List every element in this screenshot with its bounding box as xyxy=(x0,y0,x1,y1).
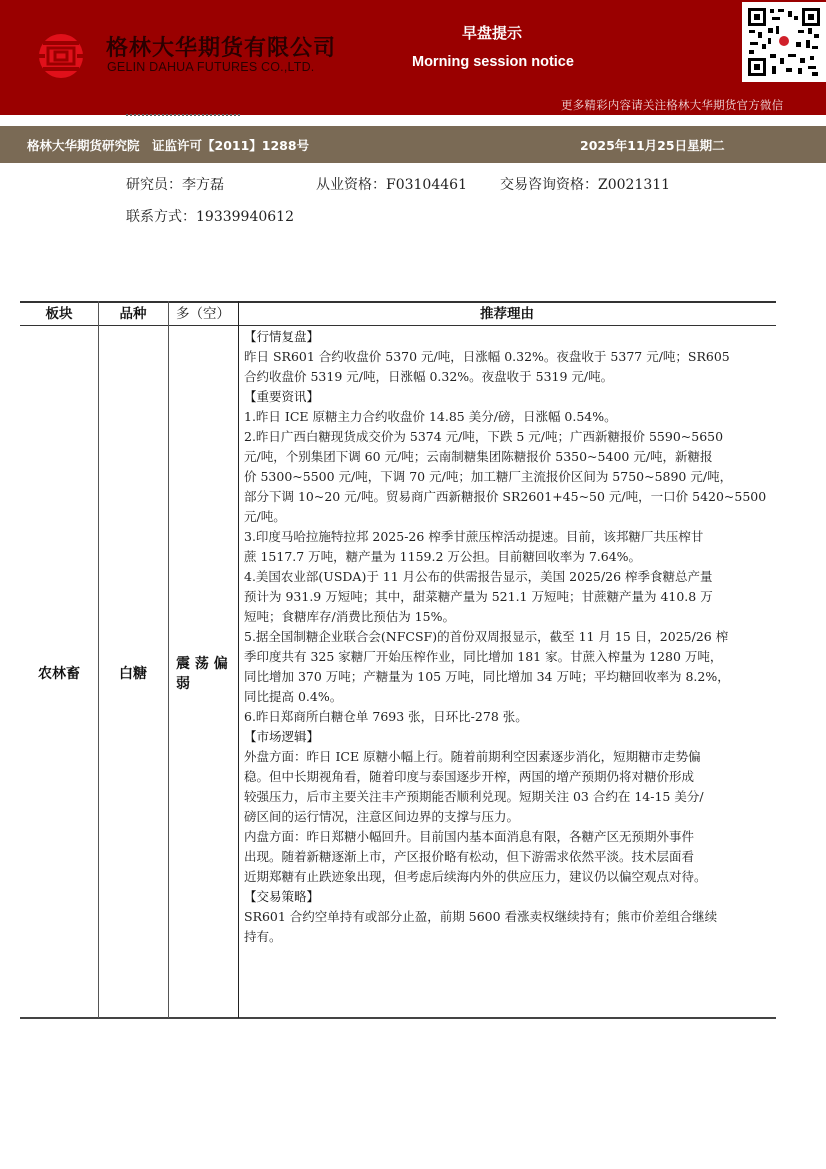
reason-line: 3.印度马哈拉施特拉邦 2025-26 榨季甘蔗压榨活动提速。目前，该邦糖厂共压… xyxy=(244,527,776,547)
reason-line: 同比增加 370 万吨；产糖量为 105 万吨，同比增加 34 万吨；平均糖回收… xyxy=(244,667,776,687)
reason-line: 4.美国农业部(USDA)于 11 月公布的供需报告显示，美国 2025/26 … xyxy=(244,567,776,587)
analyst-info-row: 研究员：李方磊 从业资格：F03104461 交易咨询资格：Z0021311 xyxy=(126,174,786,194)
reason-line: 5.据全国制糖企业联合会(NFCSF)的首份双周报显示，截至 11 月 15 日… xyxy=(244,627,776,647)
reason-line: 外盘方面：昨日 ICE 原糖小幅上行。随着前期利空因素逐步消化，短期糖市走势偏 xyxy=(244,747,776,767)
cell-direction-line2: 弱 xyxy=(176,673,190,693)
reason-line: 昨日 SR601 合约收盘价 5370 元/吨，日涨幅 0.32%。夜盘收于 5… xyxy=(244,347,776,367)
follow-wechat-text: 更多精彩内容请关注格林大华期货官方微信 xyxy=(561,97,783,113)
header-direction: 多（空） xyxy=(168,303,238,325)
section-heading-market-review: 【行情复盘】 xyxy=(244,327,776,347)
practice-qualification: 从业资格：F03104461 xyxy=(316,174,467,194)
header-variety: 品种 xyxy=(98,303,168,325)
decorative-dotted-divider xyxy=(126,114,240,117)
section-heading-trading-strategy: 【交易策略】 xyxy=(244,887,776,907)
reason-line: 6.昨日郑商所白糖仓单 7693 张，日环比-278 张。 xyxy=(244,707,776,727)
cell-reason: 【行情复盘】 昨日 SR601 合约收盘价 5370 元/吨，日涨幅 0.32%… xyxy=(244,327,776,947)
reason-line: SR601 合约空单持有或部分止盈，前期 5600 看涨卖权继续持有；熊市价差组… xyxy=(244,907,776,927)
reason-line: 较强压力，后市主要关注丰产预期能否顺利兑现。短期关注 03 合约在 14-15 … xyxy=(244,787,776,807)
cell-sector: 农林畜 xyxy=(20,663,98,683)
reason-line: 2.昨日广西白糖现货成交价为 5374 元/吨，下跌 5 元/吨；广西新糖报价 … xyxy=(244,427,776,447)
header-reason: 推荐理由 xyxy=(238,303,776,325)
consult-qualification: 交易咨询资格：Z0021311 xyxy=(500,174,670,194)
notice-title-en: Morning session notice xyxy=(412,54,574,70)
cell-variety: 白糖 xyxy=(98,663,168,683)
company-name-cn: 格林大华期货有限公司 xyxy=(106,31,336,62)
reason-line: 稳。但中长期视角看，随着印度与泰国逐步开榨，两国的增产预期仍将对糖价形成 xyxy=(244,767,776,787)
reason-line: 同比提高 0.4%。 xyxy=(244,687,776,707)
recommendation-table: 板块 品种 多（空） 推荐理由 农林畜 白糖 震 荡 偏 弱 【行情复盘】 昨日… xyxy=(20,301,776,1018)
reason-line: 持有。 xyxy=(244,927,776,947)
reason-line: 蔗 1517.7 万吨，糖产量为 1159.2 万公担。目前糖回收率为 7.64… xyxy=(244,547,776,567)
table-bottom-border xyxy=(20,1017,776,1019)
section-heading-market-logic: 【市场逻辑】 xyxy=(244,727,776,747)
qr-code-icon xyxy=(742,2,826,82)
reason-line: 内盘方面：昨日郑糖小幅回升。目前国内基本面消息有限，各糖产区无预期外事件 xyxy=(244,827,776,847)
reason-line: 出现。随着新糖逐渐上市，产区报价略有松动，但下游需求依然平淡。技术层面看 xyxy=(244,847,776,867)
reason-line: 季印度共有 325 家糖厂开始压榨作业，同比增加 181 家。甘蔗入榨量为 12… xyxy=(244,647,776,667)
reason-line: 元/吨。 xyxy=(244,507,776,527)
notice-title-cn: 早盘提示 xyxy=(462,22,522,43)
reason-line: 合约收盘价 5319 元/吨，日涨幅 0.32%。夜盘收于 5319 元/吨。 xyxy=(244,367,776,387)
reason-line: 预计为 931.9 万短吨；其中，甜菜糖产量为 521.1 万短吨；甘蔗糖产量为… xyxy=(244,587,776,607)
reason-line: 磅区间的运行情况，注意区间边界的支撑与压力。 xyxy=(244,807,776,827)
reason-line: 短吨；食糖库存/消费比预估为 15%。 xyxy=(244,607,776,627)
cell-direction-line1: 震 荡 偏 xyxy=(176,653,228,673)
reason-line: 近期郑糖有止跌迹象出现，但考虑后续海内外的供应压力，建议仍以偏空观点对待。 xyxy=(244,867,776,887)
contact-info: 联系方式：19339940612 xyxy=(126,206,294,226)
institute-license: 格林大华期货研究院 证监许可【2011】1288号 xyxy=(27,136,309,154)
reason-line: 1.昨日 ICE 原糖主力合约收盘价 14.85 美分/磅，日涨幅 0.54%。 xyxy=(244,407,776,427)
column-divider xyxy=(238,301,239,1018)
reason-line: 元/吨，个别集团下调 60 元/吨；云南制糖集团陈糖报价 5350~5400 元… xyxy=(244,447,776,467)
header-bottom-border xyxy=(20,325,776,326)
section-heading-key-news: 【重要资讯】 xyxy=(244,387,776,407)
column-divider xyxy=(168,301,169,1018)
header-sector: 板块 xyxy=(20,303,98,325)
report-date: 2025年11月25日星期二 xyxy=(580,136,725,154)
column-divider xyxy=(98,301,99,1018)
reason-line: 价 5300~5500 元/吨，下调 70 元/吨；加工糖厂主流报价区间为 57… xyxy=(244,467,776,487)
header-banner: 格林大华期货有限公司 GELIN DAHUA FUTURES CO.,LTD. … xyxy=(0,0,826,115)
info-bar: 格林大华期货研究院 证监许可【2011】1288号 2025年11月25日星期二 xyxy=(0,126,826,163)
reason-line: 部分下调 10~20 元/吨。贸易商广西新糖报价 SR2601+45~50 元/… xyxy=(244,487,776,507)
researcher-name: 研究员：李方磊 xyxy=(126,174,224,194)
company-name-en: GELIN DAHUA FUTURES CO.,LTD. xyxy=(107,60,314,74)
company-logo-icon xyxy=(34,32,88,80)
